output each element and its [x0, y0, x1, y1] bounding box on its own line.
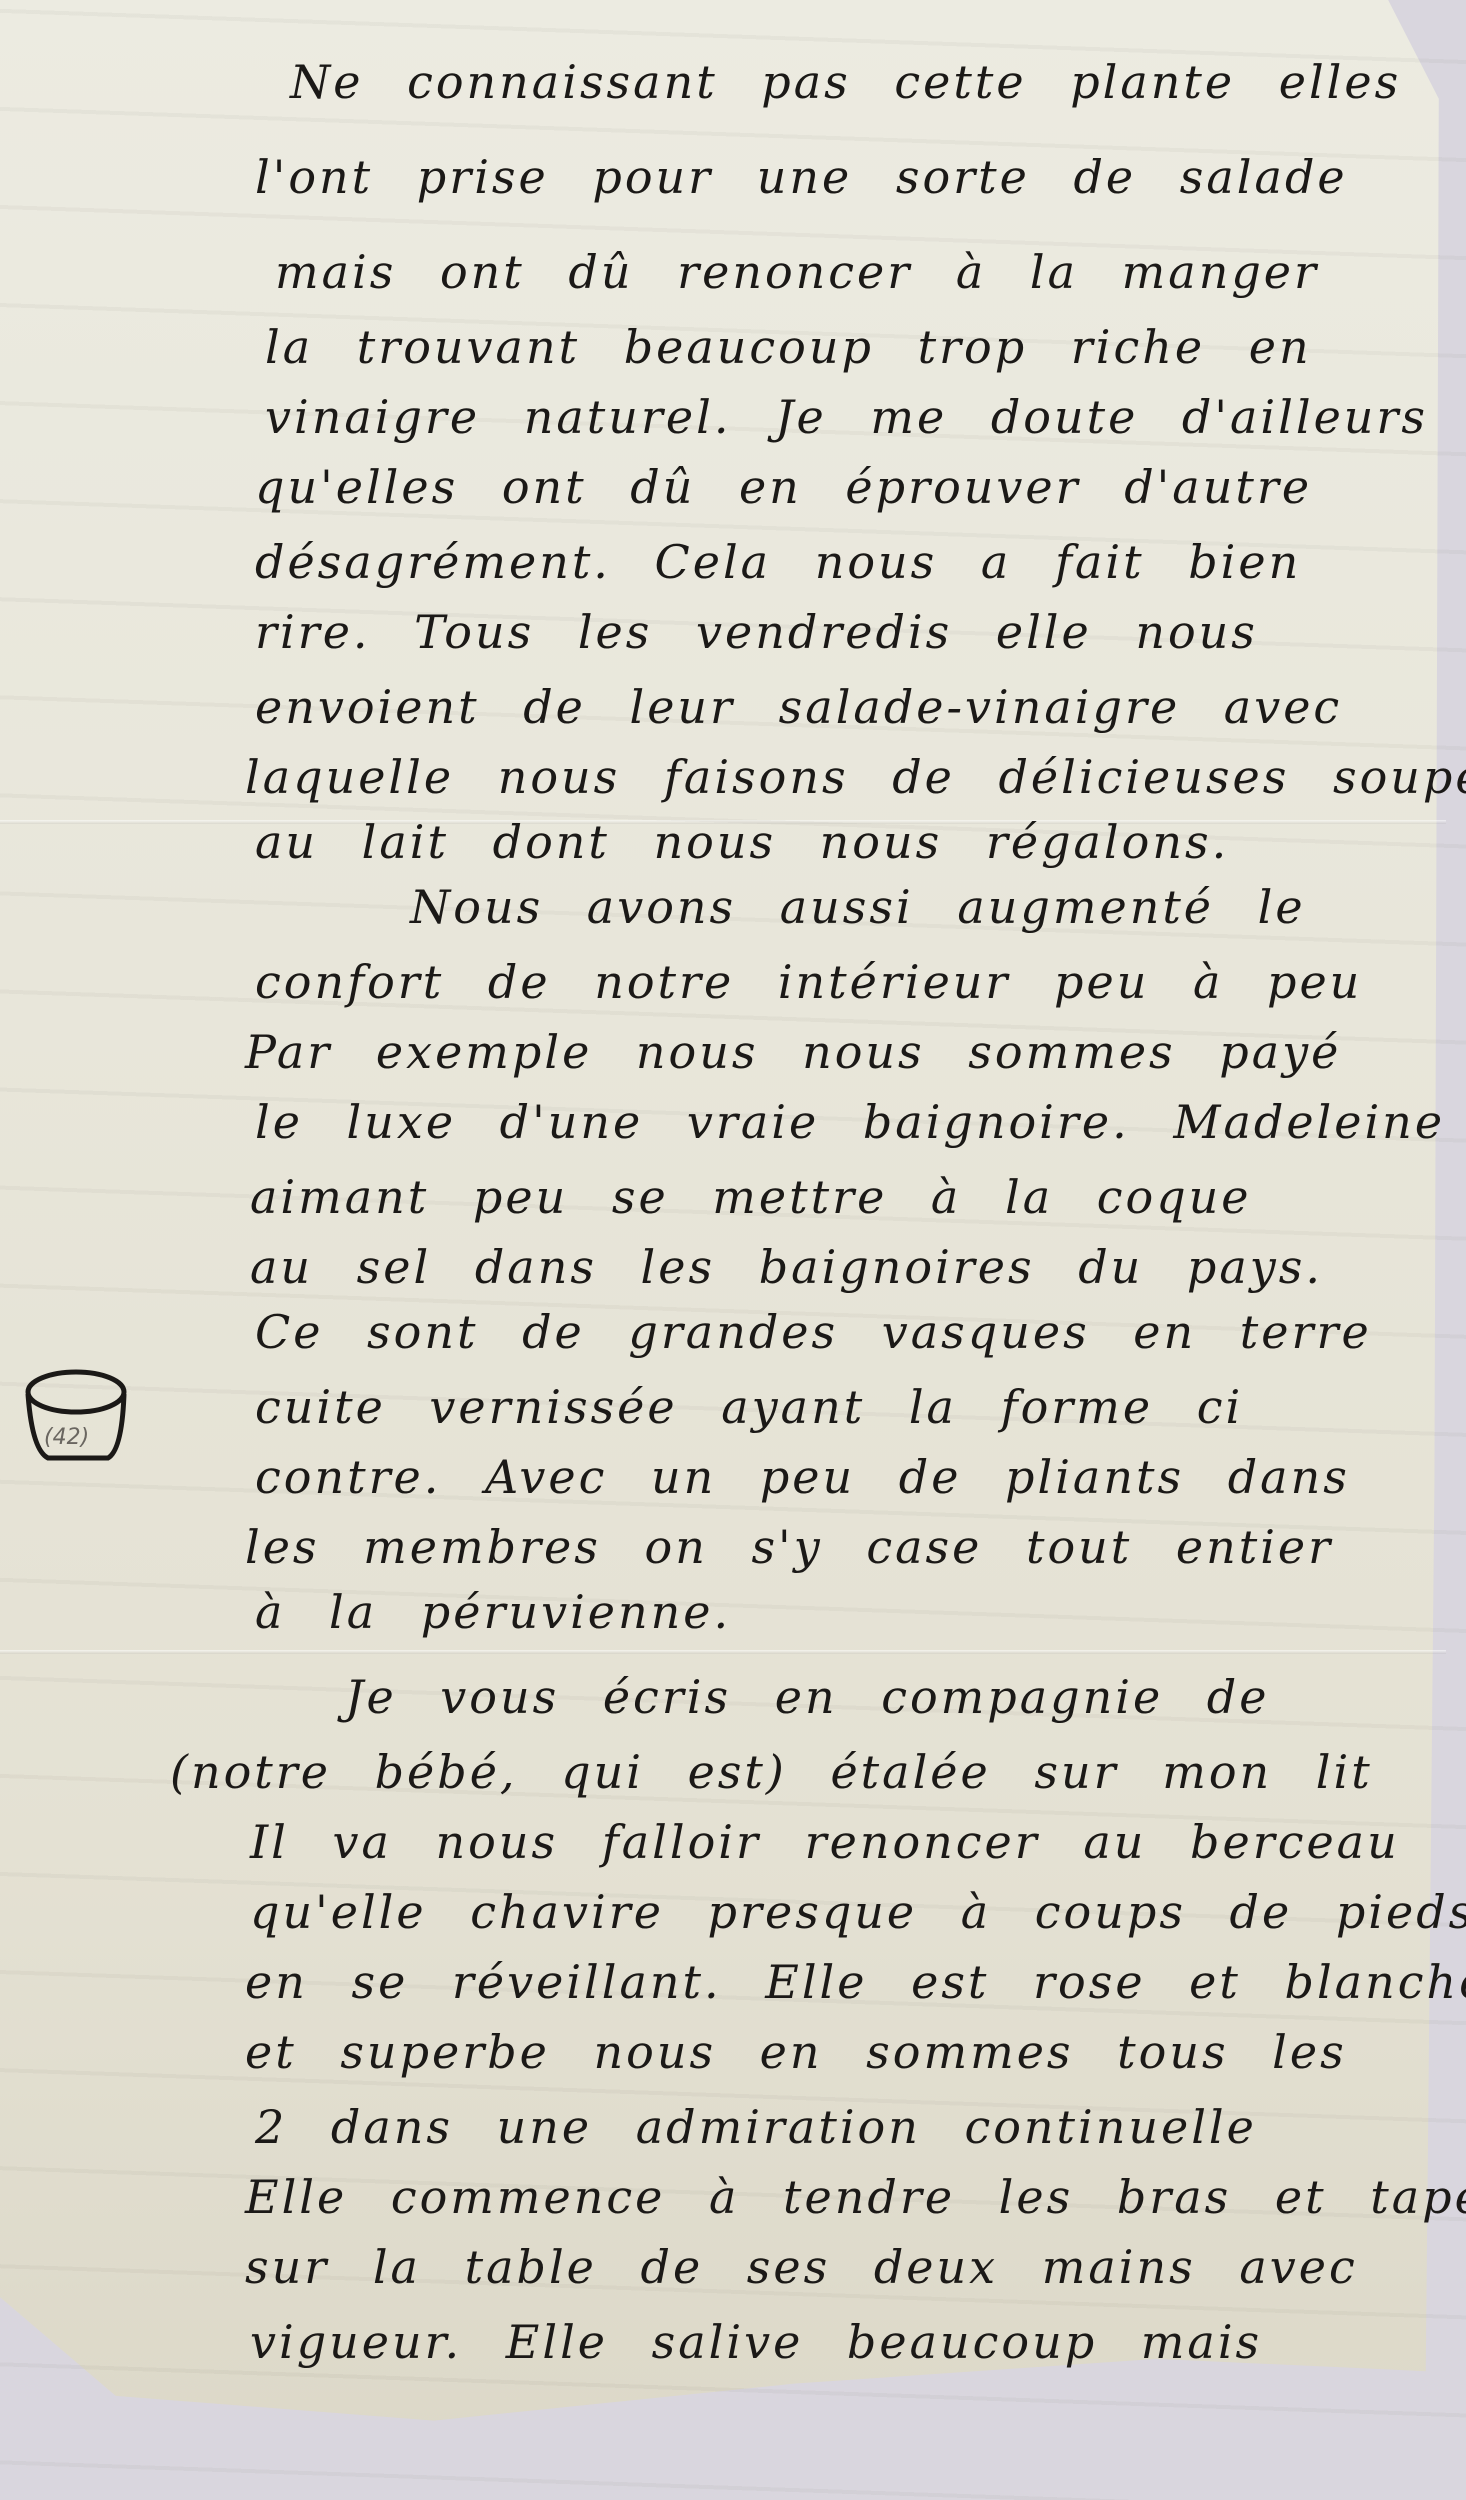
- handwritten-line: cuite vernissée ayant la forme ci: [255, 1380, 1243, 1434]
- handwritten-line: Ne connaissant pas cette plante elles: [290, 55, 1401, 109]
- handwritten-line: Ce sont de grandes vasques en terre: [255, 1305, 1372, 1359]
- handwritten-line: rire. Tous les vendredis elle nous: [255, 605, 1258, 659]
- handwritten-line: sur la table de ses deux mains avec: [245, 2240, 1358, 2294]
- handwritten-line: les membres on s'y case tout entier: [245, 1520, 1333, 1574]
- handwritten-line: l'ont prise pour une sorte de salade: [255, 150, 1348, 204]
- handwritten-line: contre. Avec un peu de pliants dans: [255, 1450, 1350, 1504]
- handwritten-line: à la péruvienne.: [255, 1585, 731, 1639]
- handwritten-line: qu'elle chavire presque à coups de pieds: [250, 1885, 1466, 1939]
- pot-sketch-icon: [18, 1360, 138, 1470]
- handwritten-line: au lait dont nous nous régalons.: [255, 815, 1229, 869]
- handwritten-line: envoient de leur salade-vinaigre avec: [255, 680, 1342, 734]
- handwritten-line: aimant peu se mettre à la coque: [250, 1170, 1252, 1224]
- handwritten-line: vigueur. Elle salive beaucoup mais: [250, 2315, 1262, 2369]
- handwritten-line: Il va nous falloir renoncer au berceau: [250, 1815, 1400, 1869]
- handwritten-line: (notre bébé, qui est) étalée sur mon lit: [170, 1745, 1373, 1799]
- paper-fold: [0, 1650, 1446, 1654]
- handwritten-line: mais ont dû renoncer à la manger: [275, 245, 1319, 299]
- sketch-label: (42): [44, 1425, 89, 1450]
- handwritten-line: la trouvant beaucoup trop riche en: [265, 320, 1312, 374]
- handwritten-line: au sel dans les baignoires du pays.: [250, 1240, 1323, 1294]
- handwritten-line: et superbe nous en sommes tous les: [245, 2025, 1347, 2079]
- handwritten-line: en se réveillant. Elle est rose et blanc…: [245, 1955, 1466, 2009]
- handwritten-line: Elle commence à tendre les bras et tape: [245, 2170, 1466, 2224]
- handwritten-line: 2 dans une admiration continuelle: [255, 2100, 1257, 2154]
- handwritten-line: laquelle nous faisons de délicieuses sou…: [245, 750, 1466, 804]
- handwritten-line: vinaigre naturel. Je me doute d'ailleurs: [265, 390, 1428, 444]
- handwritten-line: désagrément. Cela nous a fait bien: [255, 535, 1301, 589]
- handwritten-line: le luxe d'une vraie baignoire. Madeleine: [255, 1095, 1445, 1149]
- handwritten-line: Je vous écris en compagnie de: [345, 1670, 1269, 1724]
- handwritten-line: confort de notre intérieur peu à peu: [255, 955, 1362, 1009]
- handwritten-line: qu'elles ont dû en éprouver d'autre: [255, 460, 1312, 514]
- handwritten-line: Par exemple nous nous sommes payé: [245, 1025, 1341, 1079]
- handwritten-line: Nous avons aussi augmenté le: [410, 880, 1306, 934]
